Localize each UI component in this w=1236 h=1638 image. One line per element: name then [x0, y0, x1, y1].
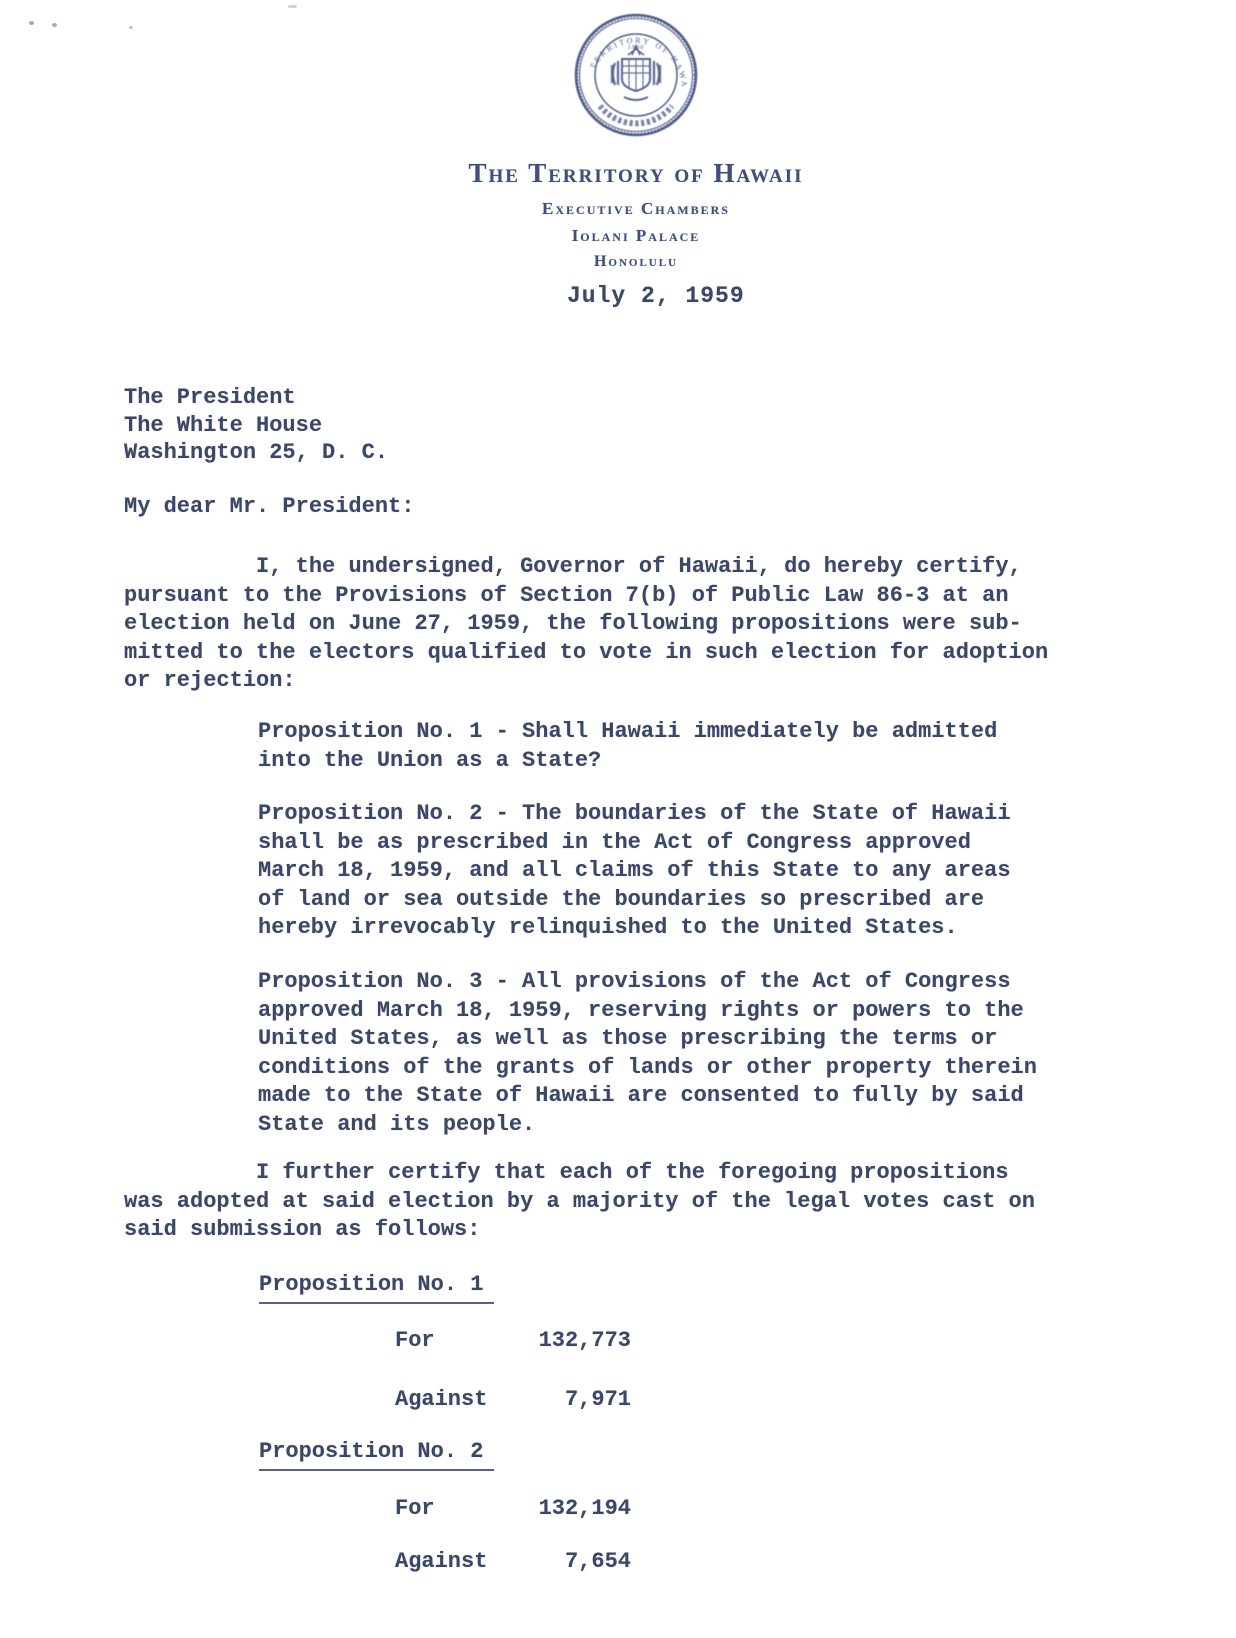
- proposition-3-text: Proposition No. 3 - All provisions of th…: [258, 968, 1037, 1139]
- letterhead-building: Iolani Palace: [236, 226, 1036, 246]
- letterhead-city: Honolulu: [236, 253, 1036, 271]
- intro-paragraph: I, the undersigned, Governor of Hawaii, …: [124, 553, 1048, 696]
- address-line: Washington 25, D. C.: [124, 439, 388, 467]
- scan-speck: [129, 26, 133, 29]
- proposition-1-results-heading: Proposition No. 1: [259, 1272, 494, 1304]
- scan-speck: [288, 5, 297, 8]
- salutation: My dear Mr. President:: [124, 493, 414, 522]
- scan-speck: [52, 23, 57, 27]
- vote-row: Against 7,971: [395, 1387, 631, 1413]
- scan-speck: [29, 21, 34, 25]
- recipient-address: The PresidentThe White HouseWashington 2…: [124, 384, 388, 467]
- seal-motto-band: [600, 106, 672, 123]
- vote-row: For 132,773: [395, 1328, 631, 1354]
- vote-label: Against: [395, 1387, 487, 1413]
- seal-crest: [612, 46, 660, 100]
- vote-label: For: [395, 1496, 435, 1522]
- vote-row: For 132,194: [395, 1496, 631, 1522]
- certification-paragraph: I further certify that each of the foreg…: [124, 1159, 1035, 1245]
- letter-document: TERRITORY OF HAWAII 1900 The Territory o…: [0, 0, 1236, 1638]
- vote-value: 7,971: [565, 1387, 631, 1413]
- letterhead-org: The Territory of Hawaii: [236, 158, 1036, 189]
- address-line: The President: [124, 384, 388, 412]
- vote-label: Against: [395, 1549, 487, 1575]
- vote-value: 7,654: [565, 1549, 631, 1575]
- vote-label: For: [395, 1328, 435, 1354]
- proposition-2-results-heading: Proposition No. 2: [259, 1439, 494, 1471]
- letterhead-office: Executive Chambers: [236, 199, 1036, 219]
- letter-date: July 2, 1959: [567, 283, 745, 309]
- vote-value: 132,773: [539, 1328, 631, 1354]
- proposition-2-text: Proposition No. 2 - The boundaries of th…: [258, 800, 1011, 943]
- vote-row: Against 7,654: [395, 1549, 631, 1575]
- address-line: The White House: [124, 412, 388, 440]
- vote-value: 132,194: [539, 1496, 631, 1522]
- proposition-1-text: Proposition No. 1 - Shall Hawaii immedia…: [258, 718, 997, 775]
- territory-of-hawaii-seal: TERRITORY OF HAWAII 1900: [572, 11, 700, 139]
